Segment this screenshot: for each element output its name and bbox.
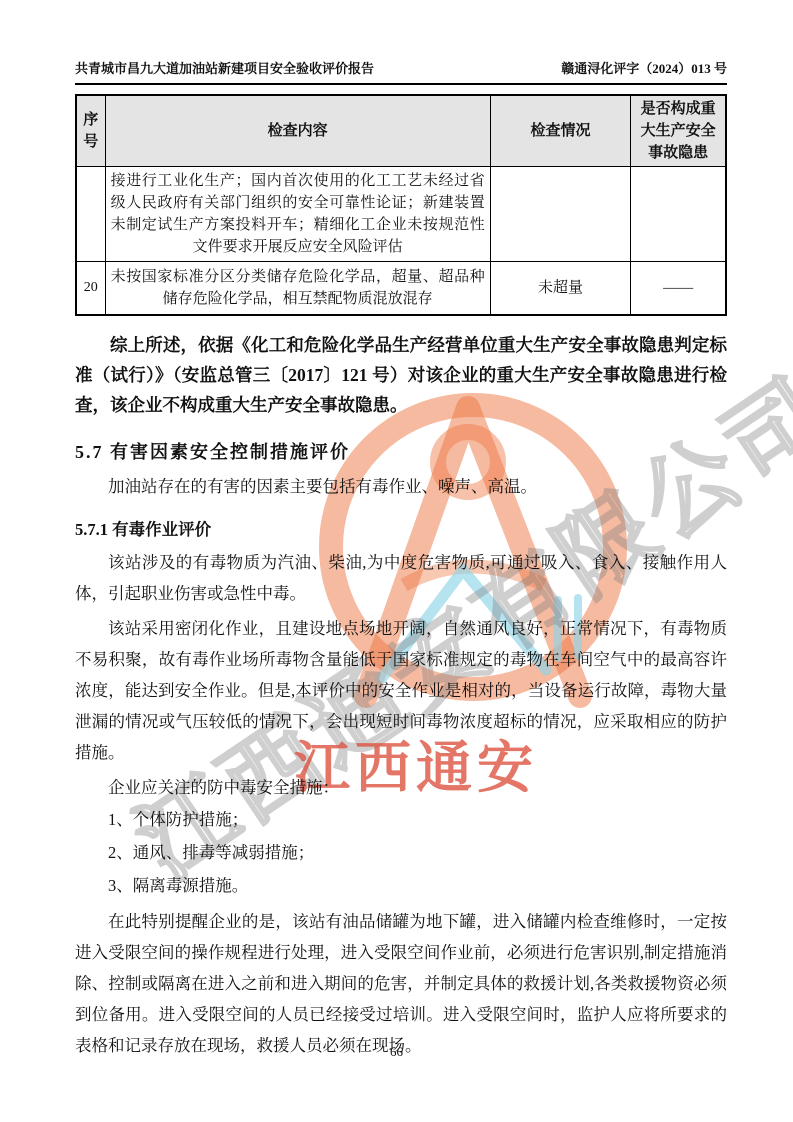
cell-no: 20 bbox=[76, 262, 105, 316]
cell-no bbox=[76, 167, 105, 262]
paragraph: 企业应关注的防中毒安全措施： bbox=[75, 772, 727, 803]
table-row: 接进行工业化生产；国内首次使用的化工工艺未经过省级人民政府有关部门组织的安全可靠… bbox=[76, 167, 726, 262]
document-content: 共青城市昌九大道加油站新建项目安全验收评价报告 赣通浔化评字（2024）013 … bbox=[75, 0, 727, 1061]
paragraph: 该站采用密闭化作业，且建设地点场地开阔，自然通风良好，正常情况下，有毒物质不易积… bbox=[75, 613, 727, 768]
table-header-row: 序号 检查内容 检查情况 是否构成重大生产安全事故隐患 bbox=[76, 95, 726, 167]
cell-status: 未超量 bbox=[490, 262, 630, 316]
list-item: 1、个体防护措施； bbox=[108, 803, 727, 836]
cell-status bbox=[490, 167, 630, 262]
report-page: 江西通安有限公司 江西通安 共青城市昌九大道加油站新建项目安全验收评价报告 赣通… bbox=[0, 0, 793, 1122]
header-report-title: 共青城市昌九大道加油站新建项目安全验收评价报告 bbox=[75, 58, 374, 77]
cell-content: 未按国家标准分区分类储存危险化学品，超量、超品种储存危险化学品，相互禁配物质混放… bbox=[105, 262, 490, 316]
col-header-status: 检查情况 bbox=[490, 95, 630, 167]
inspection-table: 序号 检查内容 检查情况 是否构成重大生产安全事故隐患 接进行工业化生产；国内首… bbox=[75, 94, 727, 316]
cell-hazard: —— bbox=[631, 262, 726, 316]
paragraph: 加油站存在的有害的因素主要包括有毒作业、噪声、高温。 bbox=[75, 471, 727, 502]
conclusion-paragraph: 综上所述，依据《化工和危险化学品生产经营单位重大生产安全事故隐患判定标准（试行）… bbox=[75, 330, 727, 420]
col-header-content: 检查内容 bbox=[105, 95, 490, 167]
list-item: 3、隔离毒源措施。 bbox=[108, 869, 727, 902]
list-item: 2、通风、排毒等减弱措施； bbox=[108, 836, 727, 869]
header-document-number: 赣通浔化评字（2024）013 号 bbox=[561, 58, 727, 77]
section-heading-5-7: 5.7 有害因素安全控制措施评价 bbox=[75, 438, 727, 464]
cell-hazard bbox=[631, 167, 726, 262]
cell-content: 接进行工业化生产；国内首次使用的化工工艺未经过省级人民政府有关部门组织的安全可靠… bbox=[105, 167, 490, 262]
page-number: 66 bbox=[0, 1044, 793, 1060]
col-header-no: 序号 bbox=[76, 95, 105, 167]
section-heading-5-7-1: 5.7.1 有毒作业评价 bbox=[75, 516, 727, 540]
paragraph: 在此特别提醒企业的是，该站有油品储罐为地下罐，进入储罐内检查维修时，一定按进入受… bbox=[75, 906, 727, 1061]
page-header: 共青城市昌九大道加油站新建项目安全验收评价报告 赣通浔化评字（2024）013 … bbox=[75, 0, 727, 85]
table-row: 20 未按国家标准分区分类储存危险化学品，超量、超品种储存危险化学品，相互禁配物… bbox=[76, 262, 726, 316]
paragraph: 该站涉及的有毒物质为汽油、柴油,为中度危害物质,可通过吸入、食入、接触作用人体，… bbox=[75, 547, 727, 609]
col-header-hazard: 是否构成重大生产安全事故隐患 bbox=[631, 95, 726, 167]
